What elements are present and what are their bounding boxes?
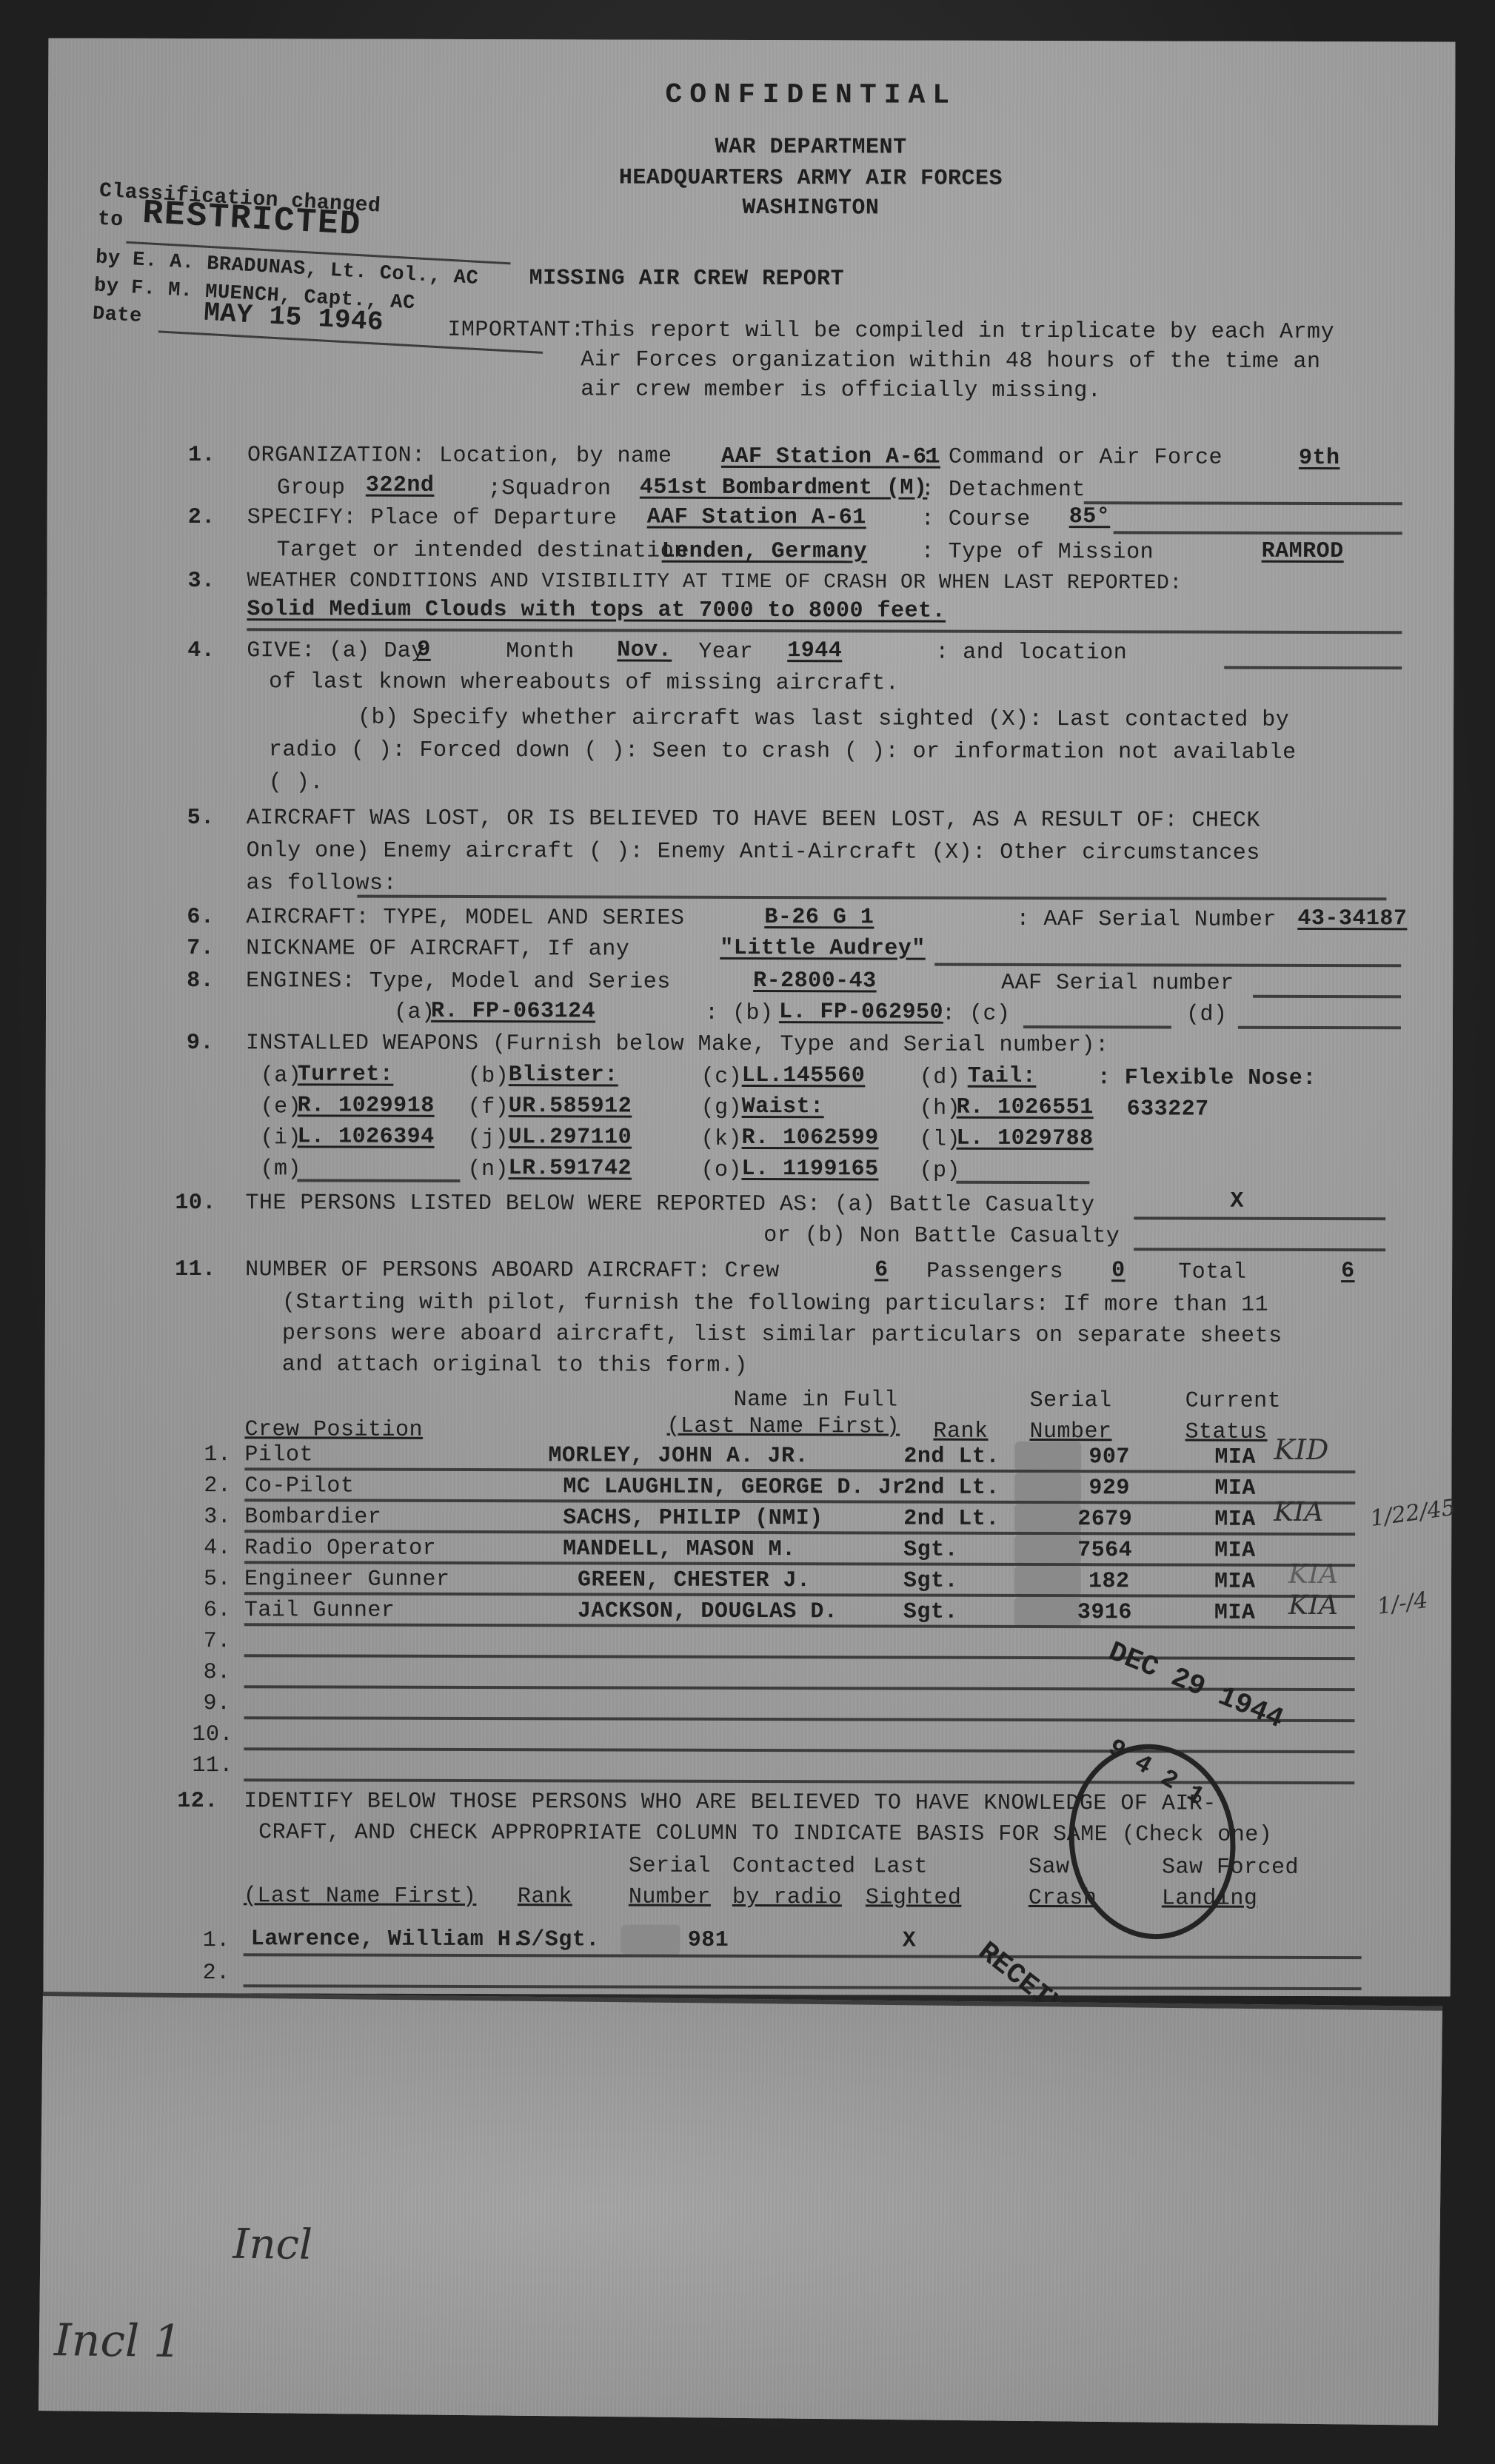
crew-serial: 182 (1088, 1569, 1130, 1594)
weapon-key: (h) (920, 1097, 961, 1122)
crew-status: MIA (1214, 1570, 1256, 1595)
engine-a-value: R. FP-063124 (431, 999, 595, 1025)
weapon-value: LR.591742 (508, 1156, 632, 1181)
flexible-nose-label: : Flexible Nose: (1097, 1065, 1317, 1091)
squadron-value: 451st Bombardment (M) (640, 475, 928, 501)
total-value: 6 (1341, 1259, 1355, 1284)
day-value: 9 (417, 637, 431, 663)
item-number: 7. (187, 936, 214, 961)
persons-note1: (Starting with pilot, furnish the follow… (282, 1290, 1268, 1317)
report-title: MISSING AIR CREW REPORT (529, 266, 845, 292)
weapon-key: (j) (468, 1126, 509, 1151)
headquarters-title: HEADQUARTERS ARMY AIR FORCES (515, 165, 1107, 192)
location-value: AAF Station A-61 (721, 444, 940, 470)
weapon-key: (o) (700, 1158, 742, 1183)
organization-label: ORGANIZATION: Location, by name (247, 443, 672, 469)
crew-position: Tail Gunner (244, 1598, 395, 1624)
item-number: 12. (177, 1789, 218, 1814)
weapon-key: (i) (261, 1125, 302, 1151)
target-value: Lenden, Germany (662, 539, 868, 565)
reclass-to-label: to (97, 207, 124, 234)
crew-name: MORLEY, JOHN A. JR. (548, 1443, 809, 1469)
aircraft-serial-value: 43-34187 (1297, 906, 1407, 931)
weapon-value: LL.145560 (742, 1063, 866, 1088)
crew-count-label: NUMBER OF PERSONS ABOARD AIRCRAFT: Crew (245, 1257, 780, 1284)
witness-serial: 981 (688, 1928, 729, 1953)
crew-rank: Sgt. (903, 1569, 958, 1594)
location-line2: of last known whereabouts of missing air… (269, 669, 899, 696)
weapon-value: R. 1062599 (742, 1125, 879, 1151)
handwritten-incl-a: Incl (233, 2220, 312, 2269)
weapon-key: (g) (701, 1096, 743, 1121)
item-number: 10. (175, 1191, 216, 1216)
important-line3: air crew member is officially missing. (581, 377, 1101, 404)
group-value: 322nd (366, 473, 435, 498)
item-number: 11. (175, 1257, 216, 1282)
weapon-value: UR.585912 (509, 1094, 632, 1119)
row-number: 1. (203, 1928, 230, 1953)
reclass-to-value: RESTRICTED (142, 201, 362, 238)
w-header-rank: Rank (518, 1884, 572, 1909)
location-label: : and location (935, 640, 1127, 666)
header-status-top: Current (1185, 1389, 1282, 1414)
row-number: 11. (192, 1753, 233, 1778)
battle-casualty-label: THE PERSONS LISTED BELOW WERE REPORTED A… (245, 1191, 1094, 1218)
weapon-value: R. 1029918 (298, 1093, 435, 1118)
city-title: WASHINGTON (626, 195, 996, 221)
crew-position: Radio Operator (244, 1536, 436, 1561)
departure-label: SPECIFY: Place of Departure (247, 505, 618, 531)
row-number: 9. (204, 1691, 231, 1716)
witnesses-line1: IDENTIFY BELOW THOSE PERSONS WHO ARE BEL… (244, 1789, 1217, 1816)
aircraft-type-value: B-26 G 1 (764, 905, 874, 930)
weapon-key: (f) (468, 1095, 509, 1120)
battle-casualty-value: X (1230, 1189, 1244, 1214)
flexible-nose-value: 633227 (1127, 1097, 1209, 1122)
w-header-crash-top: Saw (1029, 1855, 1070, 1880)
engine-b-value: L. FP-062950 (779, 1000, 943, 1025)
item-number: 1. (188, 443, 215, 468)
weapon-value: Tail: (968, 1064, 1037, 1089)
sighted-line3: ( ). (269, 770, 324, 795)
departure-value: AAF Station A-61 (647, 505, 866, 531)
weapon-key: (c) (701, 1065, 743, 1090)
engine-a-label: (a) (394, 1000, 435, 1025)
weapon-key: (m) (260, 1156, 301, 1182)
row-number: 5. (204, 1567, 231, 1592)
detachment-label: : Detachment (921, 478, 1086, 503)
crew-serial: 3916 (1077, 1600, 1132, 1625)
weather-label: WEATHER CONDITIONS AND VISIBILITY AT TIM… (247, 569, 1182, 596)
engine-serial-label: AAF Serial number (1001, 971, 1234, 997)
crew-status: MIA (1214, 1507, 1256, 1533)
command-value: 9th (1299, 446, 1340, 471)
lost-cause-line3: as follows: (246, 871, 397, 897)
handwritten-date: 1/-/4 (1376, 1587, 1430, 1620)
crew-status: MIA (1214, 1476, 1256, 1501)
persons-note3: and attach original to this form.) (282, 1352, 748, 1379)
w-header-contacted-top: Contacted (732, 1854, 856, 1879)
day-label: GIVE: (a) Day (247, 638, 425, 664)
engine-type-value: R-2800-43 (753, 968, 877, 994)
mission-label: : Type of Mission (921, 540, 1154, 566)
weapon-value: Waist: (742, 1094, 824, 1119)
nickname-value: "Little Audrey" (720, 936, 926, 962)
reclass-date-label: Date (92, 301, 143, 329)
weapon-key: (b) (468, 1064, 509, 1089)
handwritten-date: 1/22/45 (1368, 1495, 1456, 1532)
row-number: 1. (204, 1442, 231, 1467)
row-number: 6. (204, 1598, 231, 1623)
weapon-value: Turret: (298, 1062, 394, 1087)
crew-rank: 2nd Lt. (903, 1444, 1000, 1470)
crew-rank: 2nd Lt. (903, 1476, 1000, 1501)
w-header-serial-top: Serial (629, 1854, 711, 1879)
header-status: Status (1185, 1420, 1267, 1445)
crew-serial: 907 (1088, 1444, 1130, 1470)
engine-d-label: (d) (1186, 1002, 1228, 1028)
handwritten-status: KIA (1288, 1559, 1338, 1590)
row-number: 2. (203, 1961, 230, 1986)
item-number: 4. (187, 638, 215, 663)
aircraft-serial-label: : AAF Serial Number (1016, 907, 1277, 933)
item-number: 9. (187, 1031, 214, 1056)
witness-contacted-mark: X (903, 1929, 917, 1954)
w-header-sighted: Sighted (866, 1885, 962, 1910)
handwritten-status: KIA (1274, 1497, 1323, 1527)
lost-cause-line1: AIRCRAFT WAS LOST, OR IS BELIEVED TO HAV… (247, 806, 1260, 834)
crew-serial: 7564 (1077, 1538, 1132, 1563)
engine-c-label: : (c) (942, 1002, 1011, 1027)
crew-position: Bombardier (244, 1504, 381, 1530)
crew-name: GREEN, CHESTER J. (578, 1567, 811, 1593)
w-header-serial: Number (629, 1885, 711, 1910)
weapon-value: L. 1199165 (741, 1156, 878, 1182)
year-label: Year (698, 640, 753, 665)
header-name: (Last Name First) (667, 1414, 900, 1440)
header-name-top: Name in Full (734, 1387, 898, 1413)
weapon-key: (l) (920, 1128, 961, 1153)
crew-count-value: 6 (874, 1257, 889, 1282)
course-label: : Course (921, 507, 1031, 532)
item-number: 5. (187, 806, 215, 831)
aircraft-type-label: AIRCRAFT: TYPE, MODEL AND SERIES (246, 905, 684, 931)
group-label: Group (277, 475, 346, 500)
w-header-contacted: by radio (732, 1885, 842, 1910)
header-position: Crew Position (244, 1417, 423, 1443)
row-number: 10. (192, 1722, 233, 1747)
row-number: 7. (204, 1629, 231, 1654)
squadron-label: ;Squadron (488, 476, 612, 501)
weapon-value: Blister: (509, 1062, 618, 1088)
course-value: 85° (1069, 504, 1111, 529)
weapon-key: (n) (467, 1157, 509, 1182)
crew-status: MIA (1214, 1601, 1256, 1626)
lower-sheet: Incl Incl 1 (39, 1992, 1442, 2425)
important-line1: This report will be compiled in triplica… (581, 318, 1334, 345)
weather-value: Solid Medium Clouds with tops at 7000 to… (247, 597, 946, 623)
nickname-label: NICKNAME OF AIRCRAFT, If any (246, 936, 629, 962)
weapon-value: L. 1029788 (957, 1126, 1094, 1151)
crew-serial: 929 (1088, 1476, 1130, 1501)
lost-cause-line2: Only one) Enemy aircraft ( ): Enemy Anti… (247, 838, 1260, 866)
total-label: Total (1178, 1260, 1247, 1285)
crew-position: Engineer Gunner (244, 1567, 450, 1593)
crew-name: JACKSON, DOUGLAS D. (578, 1598, 838, 1624)
non-battle-casualty-label: or (b) Non Battle Casualty (763, 1223, 1120, 1249)
header-serial-top: Serial (1030, 1388, 1112, 1413)
crew-rank: Sgt. (903, 1600, 958, 1625)
classification-header: CONFIDENTIAL (626, 83, 996, 109)
crew-name: SACHS, PHILIP (NMI) (563, 1505, 823, 1531)
sighted-line2: radio ( ): Forced down ( ): Seen to cras… (269, 737, 1297, 766)
weapon-key: (d) (920, 1065, 961, 1091)
passengers-label: Passengers (926, 1259, 1063, 1285)
row-number: 3. (204, 1504, 231, 1530)
crew-rank: Sgt. (903, 1538, 958, 1563)
month-label: Month (506, 639, 575, 664)
item-number: 3. (187, 569, 215, 594)
engine-type-label: ENGINES: Type, Model and Series (246, 968, 671, 995)
handwritten-status: KIA (1288, 1590, 1338, 1621)
weapon-value: L. 1026394 (298, 1124, 435, 1149)
crew-status: MIA (1214, 1539, 1256, 1564)
crew-status: MIA (1214, 1445, 1256, 1470)
form-sheet: CONFIDENTIAL WAR DEPARTMENT HEADQUARTERS… (44, 38, 1456, 1997)
weapons-label: INSTALLED WEAPONS (Furnish below Make, T… (246, 1031, 1109, 1058)
crew-rank: 2nd Lt. (903, 1507, 1000, 1532)
row-number: 4. (204, 1536, 231, 1561)
crew-name: MANDELL, MASON M. (563, 1536, 796, 1562)
target-label: Target or intended destination (277, 538, 688, 563)
year-value: 1944 (787, 638, 842, 663)
row-number: 2. (204, 1473, 231, 1499)
weapon-value: R. 1026551 (957, 1095, 1094, 1120)
row-number: 8. (204, 1660, 231, 1685)
w-header-sighted-top: Last (873, 1854, 928, 1879)
month-value: Nov. (617, 638, 672, 663)
weapon-key: (p) (919, 1159, 960, 1184)
command-label: : Command or Air Force (921, 445, 1223, 471)
handwritten-incl-b: Incl 1 (54, 2314, 182, 2368)
weapon-key: (e) (261, 1094, 302, 1119)
handwritten-status: KID (1274, 1433, 1328, 1466)
item-number: 6. (187, 905, 214, 930)
important-line2: Air Forces organization within 48 hours … (581, 347, 1320, 375)
weapon-value: UL.297110 (509, 1125, 632, 1150)
witness-rank: S/Sgt. (518, 1927, 600, 1952)
persons-note2: persons were aboard aircraft, list simil… (282, 1321, 1282, 1349)
header-rank: Rank (933, 1419, 988, 1444)
weapon-key: (k) (701, 1127, 743, 1152)
mission-value: RAMROD (1262, 539, 1344, 564)
w-header-name: (Last Name First) (244, 1884, 477, 1909)
item-number: 8. (187, 968, 214, 994)
weapon-key: (a) (261, 1063, 302, 1088)
crew-serial: 2679 (1077, 1507, 1132, 1532)
sighted-line1: (b) Specify whether aircraft was last si… (358, 706, 1289, 733)
important-label: IMPORTANT: (447, 318, 584, 343)
passengers-value: 0 (1111, 1258, 1126, 1283)
department-title: WAR DEPARTMENT (626, 135, 996, 161)
reclass-date-value: MAY 15 1946 (203, 301, 384, 335)
crew-position: Pilot (244, 1442, 313, 1467)
item-number: 2. (188, 505, 215, 530)
witness-name: Lawrence, William H. (251, 1926, 525, 1952)
engine-b-label: : (b) (705, 1001, 774, 1026)
crew-name: MC LAUGHLIN, GEORGE D. Jr. (563, 1474, 919, 1500)
crew-position: Co-Pilot (244, 1473, 354, 1499)
